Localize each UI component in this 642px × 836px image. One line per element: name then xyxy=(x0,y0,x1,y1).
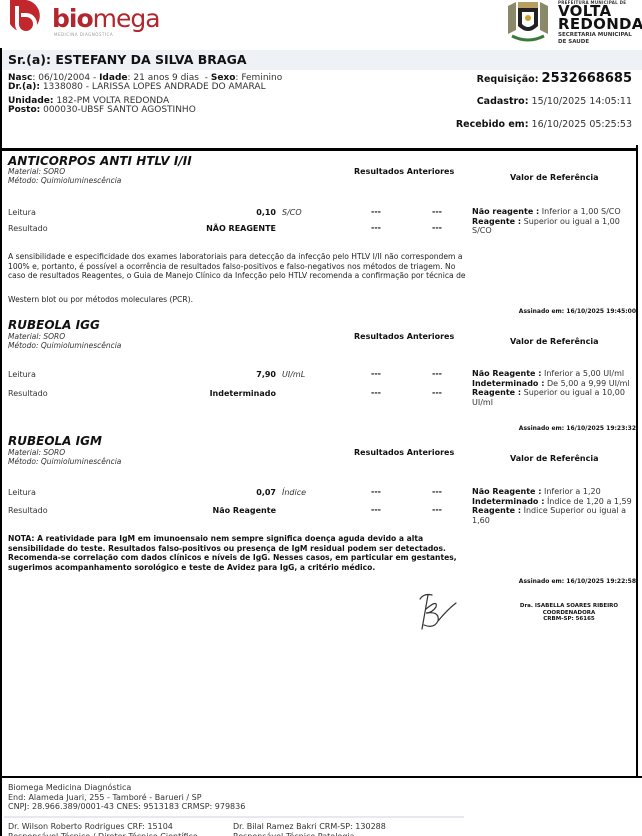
exam-method: Método: Quimioluminescência xyxy=(8,457,121,466)
previous-result-1: --- xyxy=(371,207,381,216)
exam-note-continued: Western blot ou por métodos moleculares … xyxy=(8,295,468,305)
exam-material: Material: SORO xyxy=(8,332,65,341)
reading-unit: UI/mL xyxy=(282,370,305,379)
reference-header: Valor de Referência xyxy=(510,173,599,182)
biomega-drop-icon xyxy=(6,0,42,44)
reading-value: 0,07 xyxy=(256,488,276,497)
igm-note: NOTA: A reatividade para IgM em imunoens… xyxy=(8,534,468,572)
reading-value: 0,10 xyxy=(256,208,276,217)
previous-result-4: --- xyxy=(432,505,442,514)
left-border xyxy=(0,48,2,836)
reference-header: Valor de Referência xyxy=(510,337,599,346)
previous-result-2: --- xyxy=(432,369,442,378)
partner-name: VOLTA REDONDA xyxy=(558,5,642,31)
patient-name: Sr.(a): ESTEFANY DA SILVA BRAGA xyxy=(2,50,642,70)
signed-timestamp: Assinado em: 16/10/2025 19:22:58 xyxy=(519,578,636,585)
previous-result-2: --- xyxy=(432,207,442,216)
patient-doctor-line: Dr.(a): 1338080 - LARISSA LOPES ANDRADE … xyxy=(8,82,266,92)
signature-image xyxy=(412,585,460,633)
footer-doctor-2: Dr. Bilal Ramez Bakri CRM-SP: 130288 Res… xyxy=(233,822,386,836)
registration-line: Cadastro: 15/10/2025 14:05:11 xyxy=(477,96,632,107)
brand-name: biomega xyxy=(52,5,160,33)
footer-company: Biomega Medicina Diagnóstica End: Alamed… xyxy=(8,783,245,812)
lab-report-page: biomega MEDICINA DIAGNÓSTICA PREFEITURA … xyxy=(0,0,642,836)
previous-result-1: --- xyxy=(371,369,381,378)
reading-unit: Índice xyxy=(282,488,306,497)
previous-result-2: --- xyxy=(432,487,442,496)
reading-label: Leitura xyxy=(8,370,36,379)
reading-label: Leitura xyxy=(8,488,36,497)
exam-method: Método: Quimioluminescência xyxy=(8,341,121,350)
result-value: NÃO REAGENTE xyxy=(206,224,276,233)
result-label: Resultado xyxy=(8,389,48,398)
result-value: Indeterminado xyxy=(210,389,276,398)
previous-result-4: --- xyxy=(432,388,442,397)
company-ids: CNPJ: 28.966.389/0001-43 CNES: 9513183 C… xyxy=(8,802,245,812)
reading-unit: S/CO xyxy=(282,208,302,217)
signed-timestamp: Assinado em: 16/10/2025 19:45:00 xyxy=(519,308,636,315)
reference-header: Valor de Referência xyxy=(510,454,599,463)
right-border xyxy=(636,145,638,777)
previous-results-header: Resultados Anteriores xyxy=(354,167,454,176)
signer-block: Dra. ISABELLA SOARES RIBEIRO COORDENADOR… xyxy=(500,603,638,623)
requisition-line: Requisição: 2532668685 xyxy=(477,71,632,86)
volta-redonda-logo: PREFEITURA MUNICIPAL DE VOLTA REDONDA SE… xyxy=(500,0,642,48)
section-divider xyxy=(0,148,638,151)
received-line: Recebido em: 16/10/2025 05:25:53 xyxy=(456,119,632,130)
signed-timestamp: Assinado em: 16/10/2025 19:23:32 xyxy=(519,425,636,432)
reference-values: Não reagente : Inferior a 1,00 S/CO Reag… xyxy=(472,207,636,236)
signer-name: Dra. ISABELLA SOARES RIBEIRO xyxy=(500,603,638,610)
result-label: Resultado xyxy=(8,506,48,515)
requisition-number: 2532668685 xyxy=(542,71,632,86)
exam-note: A sensibilidade e especificidade dos exa… xyxy=(8,252,468,281)
reading-value: 7,90 xyxy=(256,370,276,379)
company-address: End: Alameda Juari, 255 - Tamboré - Baru… xyxy=(8,793,245,803)
previous-result-3: --- xyxy=(371,388,381,397)
partner-department: SECRETARIA MUNICIPAL DE SAUDE xyxy=(558,32,632,45)
biomega-logo: biomega MEDICINA DIAGNÓSTICA xyxy=(4,0,164,48)
exam-method: Método: Quimioluminescência xyxy=(8,176,121,185)
previous-results-header: Resultados Anteriores xyxy=(354,448,454,457)
report-header: biomega MEDICINA DIAGNÓSTICA PREFEITURA … xyxy=(0,0,642,48)
exam-title: ANTICORPOS ANTI HTLV I/II xyxy=(8,154,192,168)
previous-result-1: --- xyxy=(371,487,381,496)
city-crest-icon xyxy=(502,0,554,44)
previous-result-3: --- xyxy=(371,505,381,514)
footer-divider xyxy=(0,776,642,778)
exam-title: RUBEOLA IGG xyxy=(8,318,100,332)
result-value: Não Reagente xyxy=(213,506,276,515)
reference-values: Não Reagente : Inferior a 1,20 Indetermi… xyxy=(472,487,636,525)
reference-values: Não Reagente : Inferior a 5,00 UI/ml Ind… xyxy=(472,369,636,407)
company-name: Biomega Medicina Diagnóstica xyxy=(8,783,245,793)
exam-material: Material: SORO xyxy=(8,167,65,176)
previous-results-header: Resultados Anteriores xyxy=(354,332,454,341)
footer-doctor-1: Dr. Wilson Roberto Rodrigues CRF: 15104 … xyxy=(8,822,198,836)
previous-result-4: --- xyxy=(432,223,442,232)
exam-material: Material: SORO xyxy=(8,448,65,457)
previous-result-3: --- xyxy=(371,223,381,232)
reading-label: Leitura xyxy=(8,208,36,217)
result-label: Resultado xyxy=(8,224,48,233)
brand-subtitle: MEDICINA DIAGNÓSTICA xyxy=(54,32,113,37)
footer-separator xyxy=(4,816,464,818)
patient-post-line: Posto: 000030-UBSF SANTO AGOSTINHO xyxy=(8,105,196,115)
signer-registry: CRBM-SP: 56165 xyxy=(500,616,638,623)
exam-title: RUBEOLA IGM xyxy=(8,434,102,448)
